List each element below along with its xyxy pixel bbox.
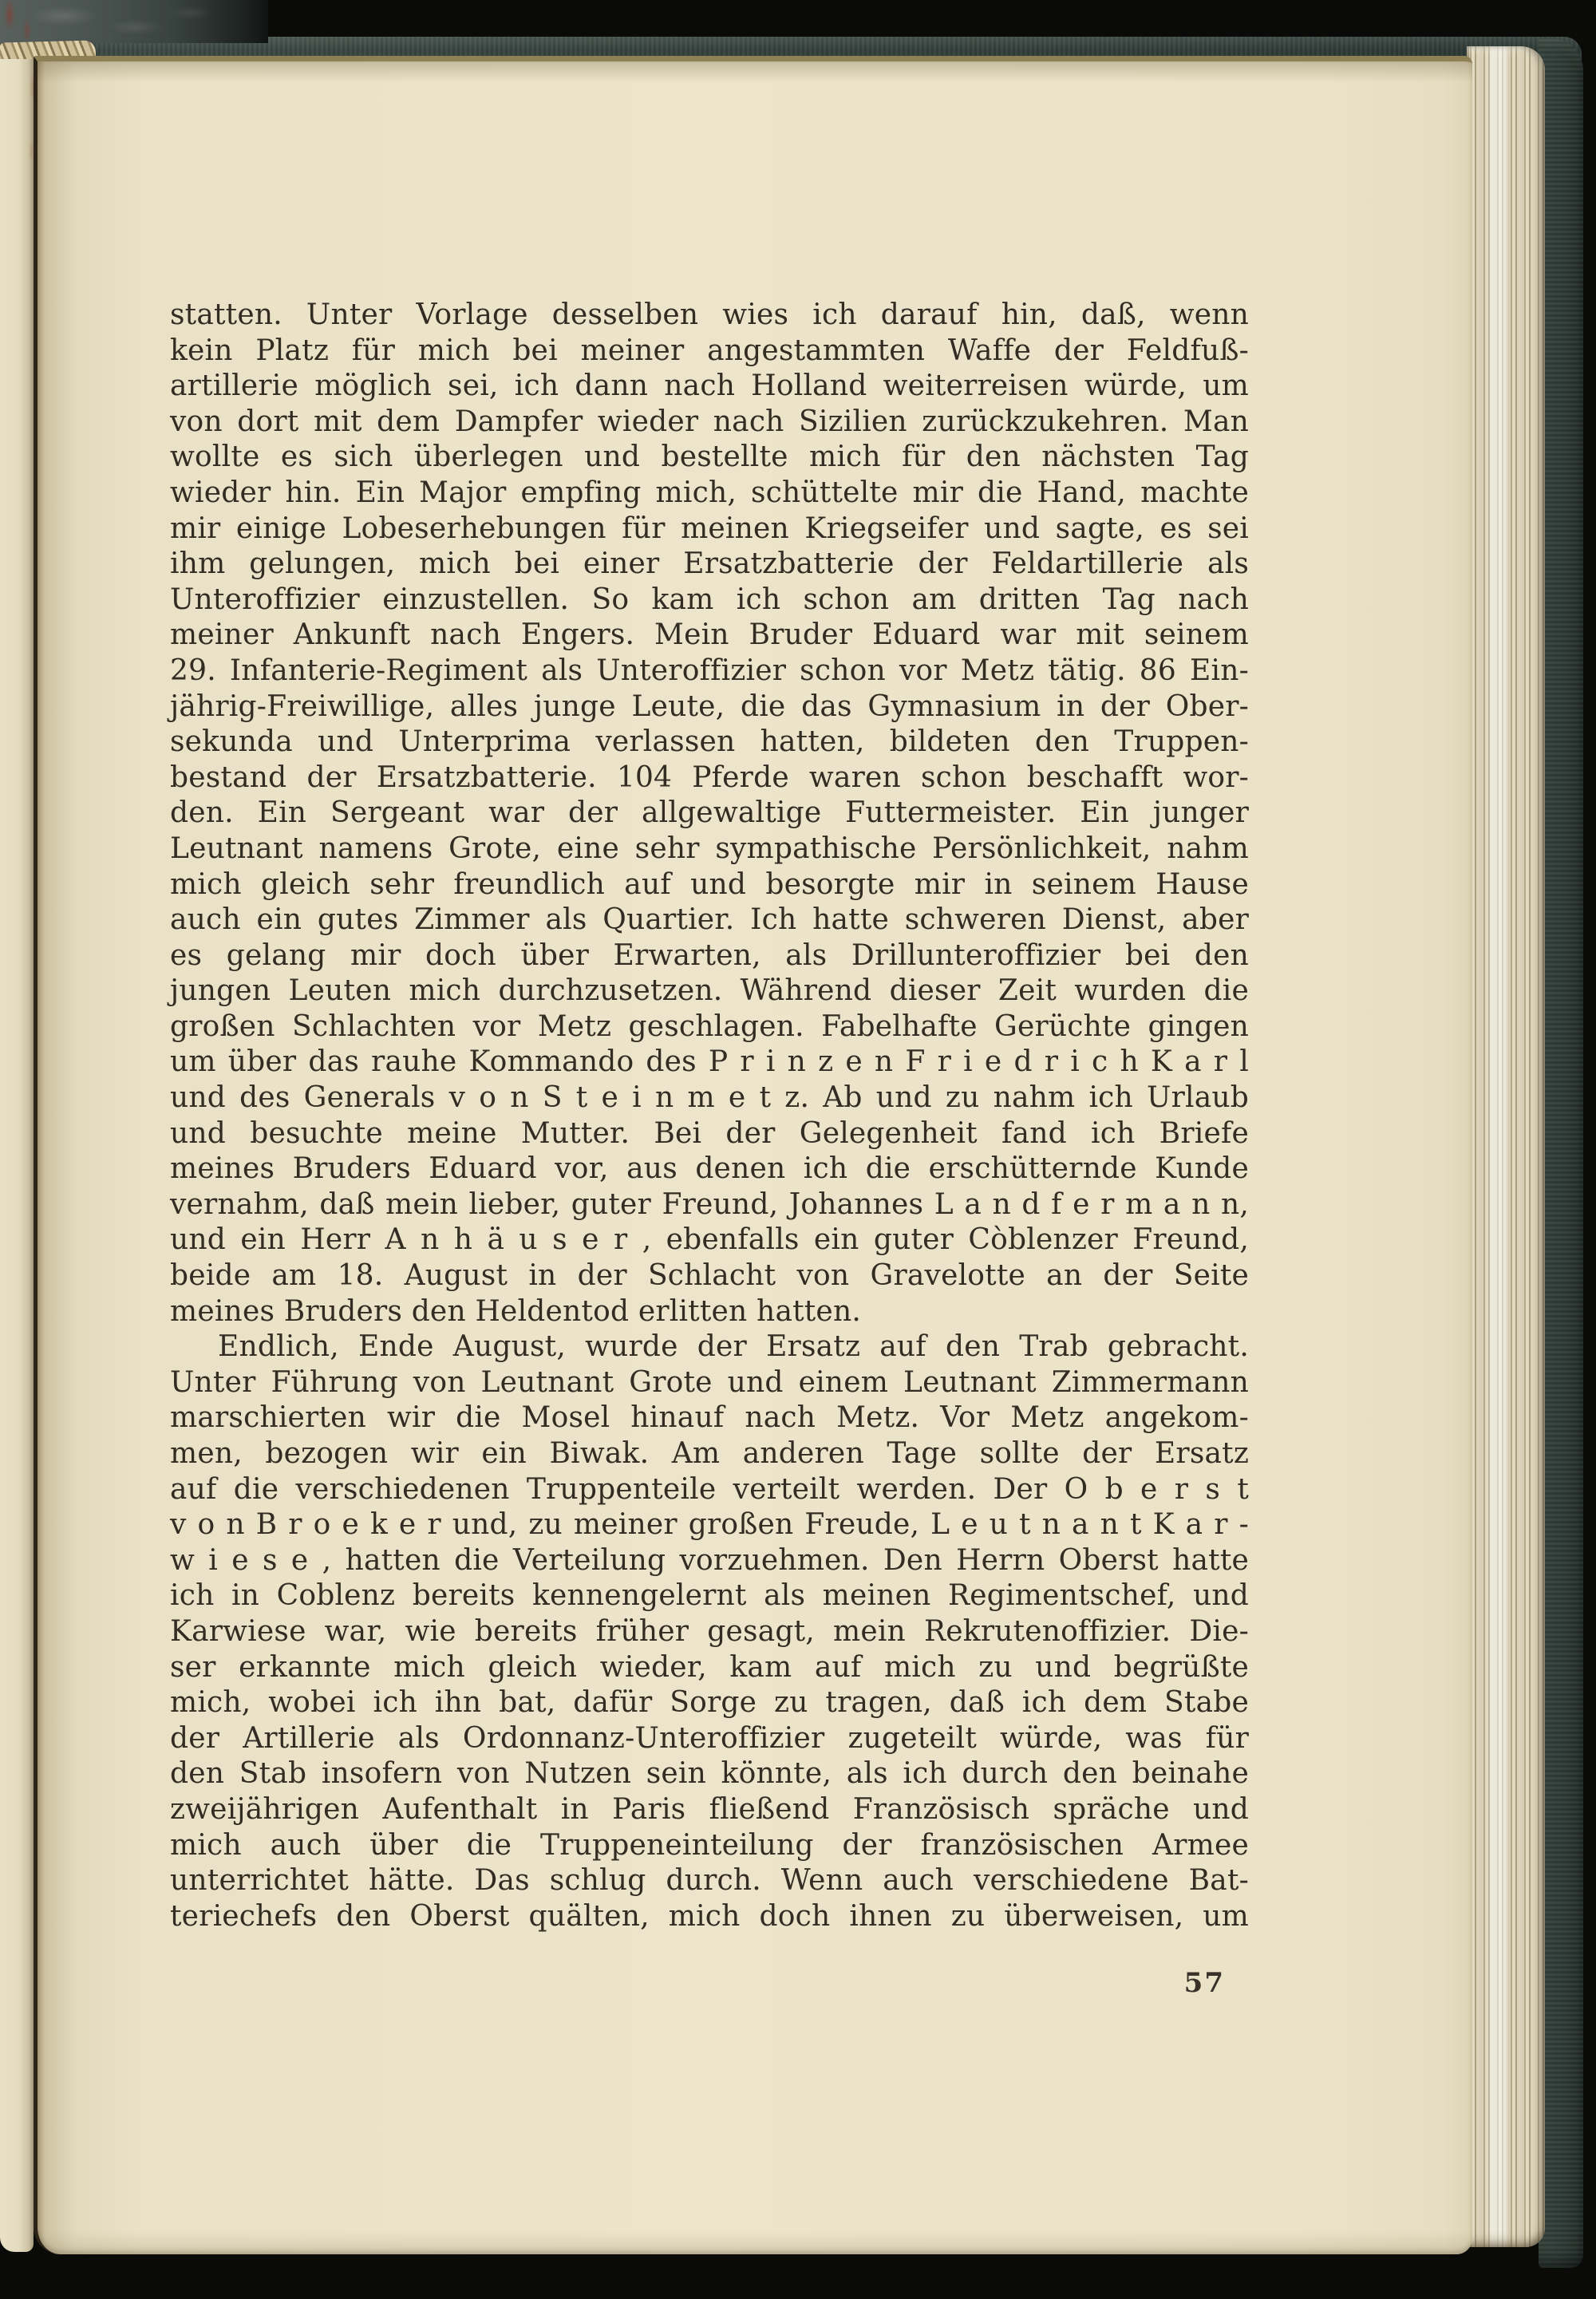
text-line: um über das rauhe Kommando des P r i n z… bbox=[170, 1045, 1249, 1080]
text-line: Leutnant namens Grote, eine sehr sympath… bbox=[170, 832, 1249, 867]
text-line: unterrichtet hätte. Das schlug durch. We… bbox=[170, 1863, 1249, 1899]
text-line: meines Bruders Eduard vor, aus denen ich… bbox=[170, 1151, 1249, 1187]
text-line: kein Platz für mich bei meiner angestamm… bbox=[170, 334, 1249, 369]
text-line: bestand der Ersatzbatterie. 104 Pferde w… bbox=[170, 760, 1249, 796]
text-line: jungen Leuten mich durchzusetzen. Währen… bbox=[170, 974, 1249, 1009]
text-line: auch ein gutes Zimmer als Quartier. Ich … bbox=[170, 903, 1249, 938]
text-line: ich in Coblenz bereits kennengelernt als… bbox=[170, 1578, 1249, 1614]
text-line: Unter Führung von Leutnant Grote und ein… bbox=[170, 1365, 1249, 1401]
page-number: 57 bbox=[170, 1967, 1249, 1999]
text-line: und des Generals v o n S t e i n m e t z… bbox=[170, 1080, 1249, 1116]
text-line: v o n B r o e k e r und, zu meiner große… bbox=[170, 1507, 1249, 1543]
text-line: auf die verschiedenen Truppenteile verte… bbox=[170, 1472, 1249, 1508]
text-line: meines Bruders den Heldentod erlitten ha… bbox=[170, 1294, 1249, 1330]
text-line: beide am 18. August in der Schlacht von … bbox=[170, 1258, 1249, 1294]
text-line: 29. Infanterie-Regiment als Unteroffizie… bbox=[170, 654, 1249, 689]
text-line: und ein Herr A n h ä u s e r , ebenfalls… bbox=[170, 1223, 1249, 1258]
book-spine-head bbox=[0, 0, 268, 43]
text-line: teriechefs den Oberst quälten, mich doch… bbox=[170, 1899, 1249, 1935]
text-line: es gelang mir doch über Erwarten, als Dr… bbox=[170, 938, 1249, 974]
text-line: statten. Unter Vorlage desselben wies ic… bbox=[170, 298, 1249, 334]
book-photo: statten. Unter Vorlage desselben wies ic… bbox=[0, 0, 1596, 2299]
text-line: jährig-Freiwillige, alles junge Leute, d… bbox=[170, 689, 1249, 725]
text-line: men, bezogen wir ein Biwak. Am anderen T… bbox=[170, 1436, 1249, 1472]
page-text: statten. Unter Vorlage desselben wies ic… bbox=[170, 298, 1249, 1934]
text-line: zweijährigen Aufenthalt in Paris fließen… bbox=[170, 1792, 1249, 1828]
text-line: von dort mit dem Dampfer wieder nach Siz… bbox=[170, 405, 1249, 440]
text-line: der Artillerie als Ordonnanz-Unteroffizi… bbox=[170, 1721, 1249, 1757]
page-edges-stack bbox=[1467, 46, 1545, 2247]
facing-page-edge bbox=[0, 59, 34, 2252]
text-line: vernahm, daß mein lieber, guter Freund, … bbox=[170, 1187, 1249, 1223]
text-line: Karwiese war, wie bereits früher gesagt,… bbox=[170, 1614, 1249, 1650]
text-line: wollte es sich überlegen und bestellte m… bbox=[170, 440, 1249, 476]
text-line: mir einige Lobeserhebungen für meinen Kr… bbox=[170, 512, 1249, 547]
text-line: großen Schlachten vor Metz geschlagen. F… bbox=[170, 1009, 1249, 1045]
text-line: ser erkannte mich gleich wieder, kam auf… bbox=[170, 1650, 1249, 1686]
text-line: sekunda und Unterprima verlassen hatten,… bbox=[170, 725, 1249, 760]
text-line: w i e s e , hatten die Verteilung vorzue… bbox=[170, 1543, 1249, 1579]
text-line: meiner Ankunft nach Engers. Mein Bruder … bbox=[170, 618, 1249, 654]
text-line: wieder hin. Ein Major empfing mich, schü… bbox=[170, 476, 1249, 512]
text-line: artillerie möglich sei, ich dann nach Ho… bbox=[170, 369, 1249, 405]
book-cover-right-edge bbox=[1539, 38, 1583, 2268]
text-line: Endlich, Ende August, wurde der Ersatz a… bbox=[170, 1329, 1249, 1365]
text-line: den. Ein Sergeant war der allgewaltige F… bbox=[170, 796, 1249, 832]
text-line: mich gleich sehr freundlich auf und beso… bbox=[170, 867, 1249, 903]
text-line: Unteroffizier einzustellen. So kam ich s… bbox=[170, 583, 1249, 618]
book-page: statten. Unter Vorlage desselben wies ic… bbox=[34, 56, 1472, 2254]
text-line: den Stab insofern von Nutzen sein könnte… bbox=[170, 1756, 1249, 1792]
text-line: mich, wobei ich ihn bat, dafür Sorge zu … bbox=[170, 1685, 1249, 1721]
text-line: ihm gelungen, mich bei einer Ersatzbatte… bbox=[170, 547, 1249, 583]
text-line: marschierten wir die Mosel hinauf nach M… bbox=[170, 1400, 1249, 1436]
text-line: und besuchte meine Mutter. Bei der Geleg… bbox=[170, 1116, 1249, 1152]
text-line: mich auch über die Truppeneinteilung der… bbox=[170, 1828, 1249, 1864]
